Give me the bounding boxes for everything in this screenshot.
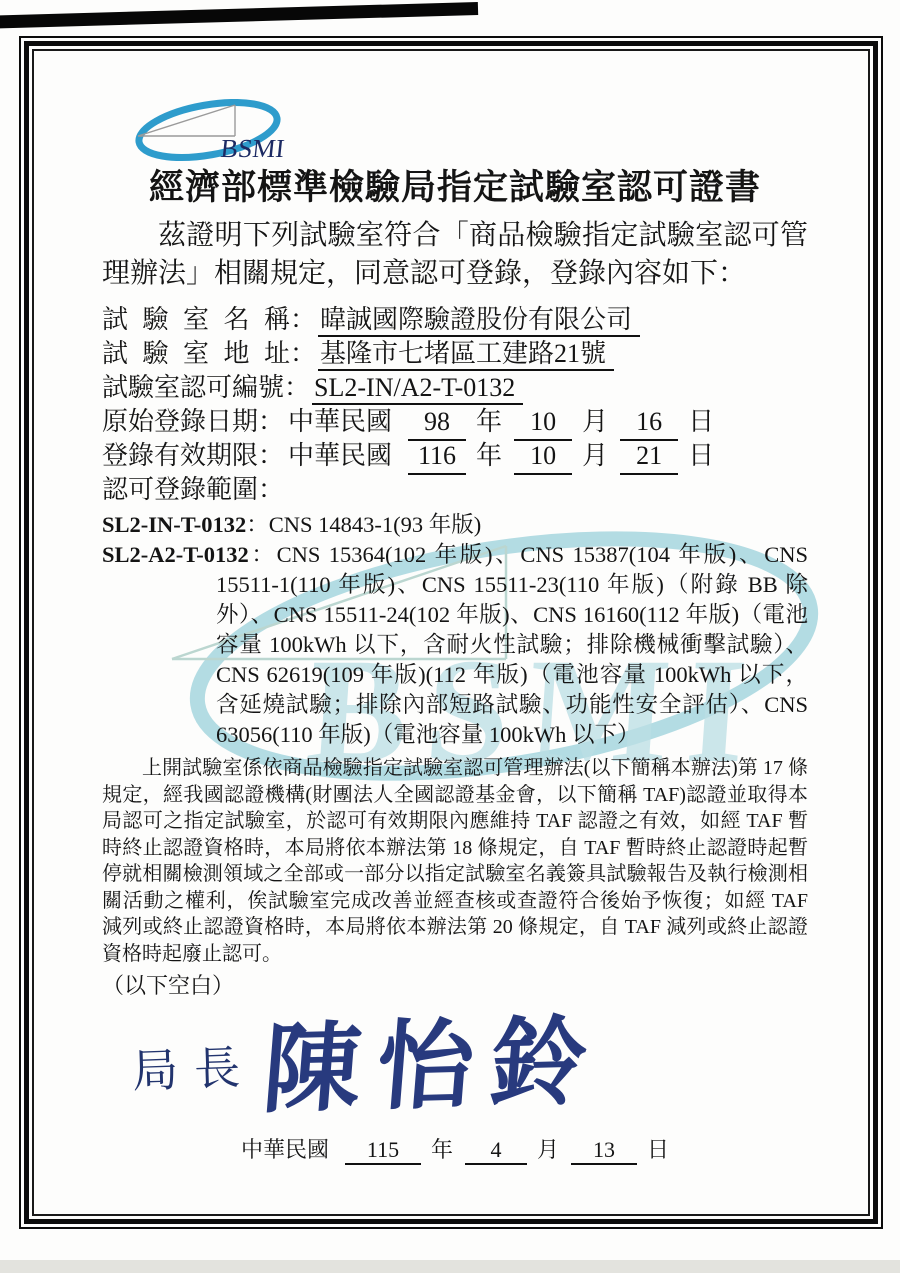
- field-row-original-date: 原始登錄日期：中華民國98年10月16日: [102, 405, 808, 439]
- scope-heading-label: 認可登錄範圍: [102, 473, 258, 507]
- signature-block: 局長 陳怡鈴: [132, 1005, 808, 1127]
- month-unit: 月: [537, 1137, 559, 1162]
- original-date-year: 98: [408, 405, 466, 441]
- certificate-outer-frame: BSMI BSMI: [19, 36, 883, 1229]
- bsmi-logo-icon: BSMI: [130, 99, 300, 165]
- colon: ：: [258, 473, 284, 507]
- month-unit: 月: [582, 441, 608, 470]
- issue-date-day: 13: [571, 1137, 637, 1165]
- blank-below-note: （以下空白）: [102, 971, 808, 1001]
- scope-entry-code: SL2-A2-T-0132: [102, 542, 249, 567]
- scan-artifact-top-bar: [0, 2, 478, 29]
- field-row-expiry-date: 登錄有效期限：中華民國116年10月21日: [102, 439, 808, 473]
- director-general-title: 局長: [131, 1031, 257, 1101]
- scope-entry-code: SL2-IN-T-0132: [102, 512, 246, 537]
- lab-name-value: 暐誠國際驗證股份有限公司: [318, 305, 640, 337]
- issue-date-month: 4: [465, 1137, 527, 1165]
- original-date-day: 16: [620, 405, 678, 441]
- year-unit: 年: [476, 407, 502, 436]
- scope-entry: SL2-A2-T-0132：CNS 15364(102 年版)、CNS 1538…: [102, 540, 808, 750]
- field-row-lab-name: 試驗室名稱：暐誠國際驗證股份有限公司: [102, 303, 808, 337]
- certificate-inner-frame: BSMI BSMI: [32, 49, 870, 1216]
- colon: ：: [290, 303, 316, 337]
- expiry-date-month: 10: [514, 439, 572, 475]
- colon: ：: [290, 337, 316, 371]
- colon: ：: [258, 405, 284, 439]
- colon: ：: [258, 439, 284, 473]
- month-unit: 月: [582, 407, 608, 436]
- certificate-page: BSMI BSMI: [0, 0, 900, 1273]
- field-row-lab-address: 試驗室地址：基隆市七堵區工建路21號: [102, 337, 808, 371]
- accreditation-no-label: 試驗室認可編號: [102, 371, 284, 405]
- expiry-date-label: 登錄有效期限: [102, 439, 258, 473]
- certificate-middle-frame: BSMI BSMI: [24, 41, 878, 1224]
- day-unit: 日: [688, 407, 714, 436]
- page-title: 經濟部標準檢驗局指定試驗室認可證書: [102, 167, 808, 209]
- colon: ：: [249, 542, 277, 567]
- scope-entry-text: CNS 14843-1(93 年版): [269, 512, 482, 537]
- scan-artifact-bottom-band: [0, 1260, 900, 1273]
- legal-paragraph: 上開試驗室係依商品檢驗指定試驗室認可管理辦法(以下簡稱本辦法)第 17 條規定，…: [102, 755, 808, 967]
- registration-fields: 試驗室名稱：暐誠國際驗證股份有限公司 試驗室地址：基隆市七堵區工建路21號 試驗…: [102, 303, 808, 507]
- era-label: 中華民國: [288, 441, 392, 470]
- issue-date-year: 115: [345, 1137, 421, 1165]
- era-label: 中華民國: [288, 407, 392, 436]
- certificate-content: BSMI 經濟部標準檢驗局指定試驗室認可證書 茲證明下列試驗室符合「商品檢驗指定…: [34, 51, 868, 1165]
- lab-name-label: 試驗室名稱: [102, 303, 290, 337]
- era-label: 中華民國: [241, 1137, 329, 1162]
- accreditation-no-value: SL2-IN/A2-T-0132: [312, 373, 523, 405]
- original-date-month: 10: [514, 405, 572, 441]
- bsmi-logo: BSMI: [130, 99, 808, 165]
- colon: ：: [246, 512, 269, 537]
- expiry-date-year: 116: [408, 439, 466, 475]
- year-unit: 年: [476, 441, 502, 470]
- year-unit: 年: [431, 1137, 453, 1162]
- lab-address-label: 試驗室地址: [102, 337, 290, 371]
- expiry-date-day: 21: [620, 439, 678, 475]
- director-general-signature: 陳怡鈴: [260, 1013, 607, 1119]
- scope-entry-text: CNS 15364(102 年版)、CNS 15387(104 年版)、CNS …: [216, 542, 808, 747]
- intro-paragraph: 茲證明下列試驗室符合「商品檢驗指定試驗室認可管理辦法」相關規定，同意認可登錄，登…: [102, 217, 808, 293]
- scope-entry: SL2-IN-T-0132：CNS 14843-1(93 年版): [102, 510, 808, 540]
- logo-bsmi-text: BSMI: [219, 134, 286, 163]
- issue-date-line: 中華民國115年4月13日: [102, 1133, 808, 1165]
- scope-list: SL2-IN-T-0132：CNS 14843-1(93 年版) SL2-A2-…: [102, 510, 808, 750]
- field-row-scope-heading: 認可登錄範圍：: [102, 473, 808, 507]
- original-date-label: 原始登錄日期: [102, 405, 258, 439]
- colon: ：: [284, 371, 310, 405]
- lab-address-value: 基隆市七堵區工建路21號: [318, 339, 614, 371]
- day-unit: 日: [688, 441, 714, 470]
- day-unit: 日: [647, 1137, 669, 1162]
- field-row-accreditation-no: 試驗室認可編號：SL2-IN/A2-T-0132: [102, 371, 808, 405]
